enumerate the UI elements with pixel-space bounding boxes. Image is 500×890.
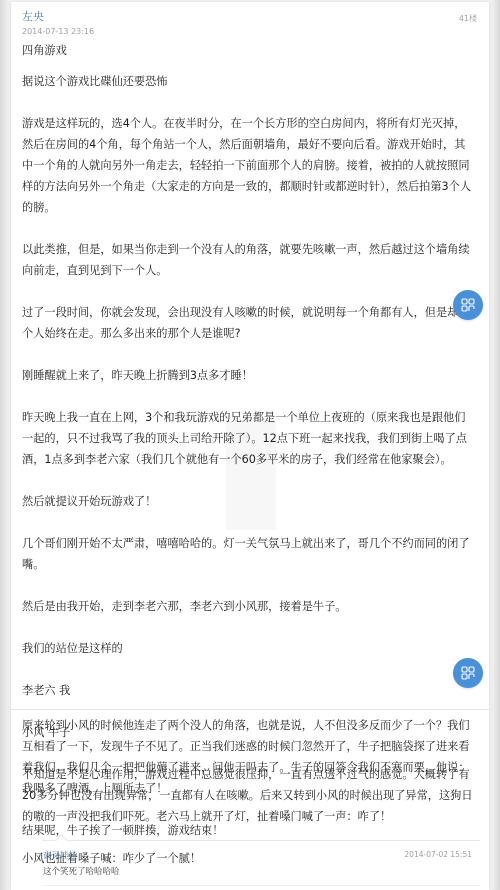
post-paragraph: 然后是由我开始，走到李老六那，李老六到小风那，接着是牛子。: [22, 596, 474, 617]
post-paragraph: 李老六 我: [22, 680, 474, 701]
post-paragraph: 四角游戏: [22, 40, 474, 61]
post-paragraph: 昨天晚上我一直在上网，3个和我玩游戏的兄弟都是一个单位上夜班的（原来我也是跟他们…: [22, 407, 474, 470]
section-divider: [11, 709, 489, 710]
post-paragraph: 然后就提议开始玩游戏了！: [22, 491, 474, 512]
post-paragraph: 据说这个游戏比碟仙还要恐怖: [22, 71, 474, 92]
floating-menu-button[interactable]: [453, 658, 483, 688]
reply-text: 这个笑死了哈哈哈哈: [43, 865, 120, 877]
reply-timestamp: 2014-07-02 15:51: [404, 850, 472, 859]
post-paragraph: 游戏是这样玩的，选4个人。在夜半时分，在一个长方形的空白房间内，将所有灯光灭掉，…: [22, 113, 474, 218]
post-paragraph: 几个哥们刚开始不太严肃，嘻嘻哈哈的。灯一关气氛马上就出来了，哥几个不约而同的闭了…: [22, 533, 474, 575]
reply-item: 夜叉娃娃 这个笑死了哈哈哈哈 2014-07-02 15:51: [42, 840, 480, 886]
post-author-link[interactable]: 左央: [22, 10, 500, 24]
post-paragraph: 过了一段时间，你就会发现，会出现没有人咳嗽的时候，就说明每一个角都有人，但是却一…: [22, 302, 474, 344]
post-paragraph: 原来轮到小风的时候他连走了两个没人的角落，也就是说，人不但没多反而少了一个？我们…: [22, 715, 474, 799]
reply-author-link[interactable]: 夜叉娃娃: [43, 849, 77, 861]
floor-number: 41楼: [459, 13, 477, 24]
floating-menu-button[interactable]: [453, 290, 483, 320]
post-timestamp: 2014-07-13 23:16: [22, 26, 500, 37]
page: 左央 2014-07-13 23:16 41楼 四角游戏 据说这个游戏比碟仙还要…: [0, 0, 500, 890]
apps-grid-icon: [461, 666, 475, 680]
apps-grid-icon: [461, 298, 475, 312]
post-header: 左央 2014-07-13 23:16: [22, 10, 500, 37]
post-paragraph: 以此类推，但是，如果当你走到一个没有人的角落，就要先咳嗽一声，然后越过这个墙角续…: [22, 239, 474, 281]
post-paragraph: 刚睡醒就上来了，昨天晚上折腾到3点多才睡！: [22, 365, 474, 386]
post-paragraph: 结果呢，牛子挨了一顿胖揍，游戏结束！: [22, 820, 474, 841]
post-paragraph: 我们的站位是这样的: [22, 638, 474, 659]
